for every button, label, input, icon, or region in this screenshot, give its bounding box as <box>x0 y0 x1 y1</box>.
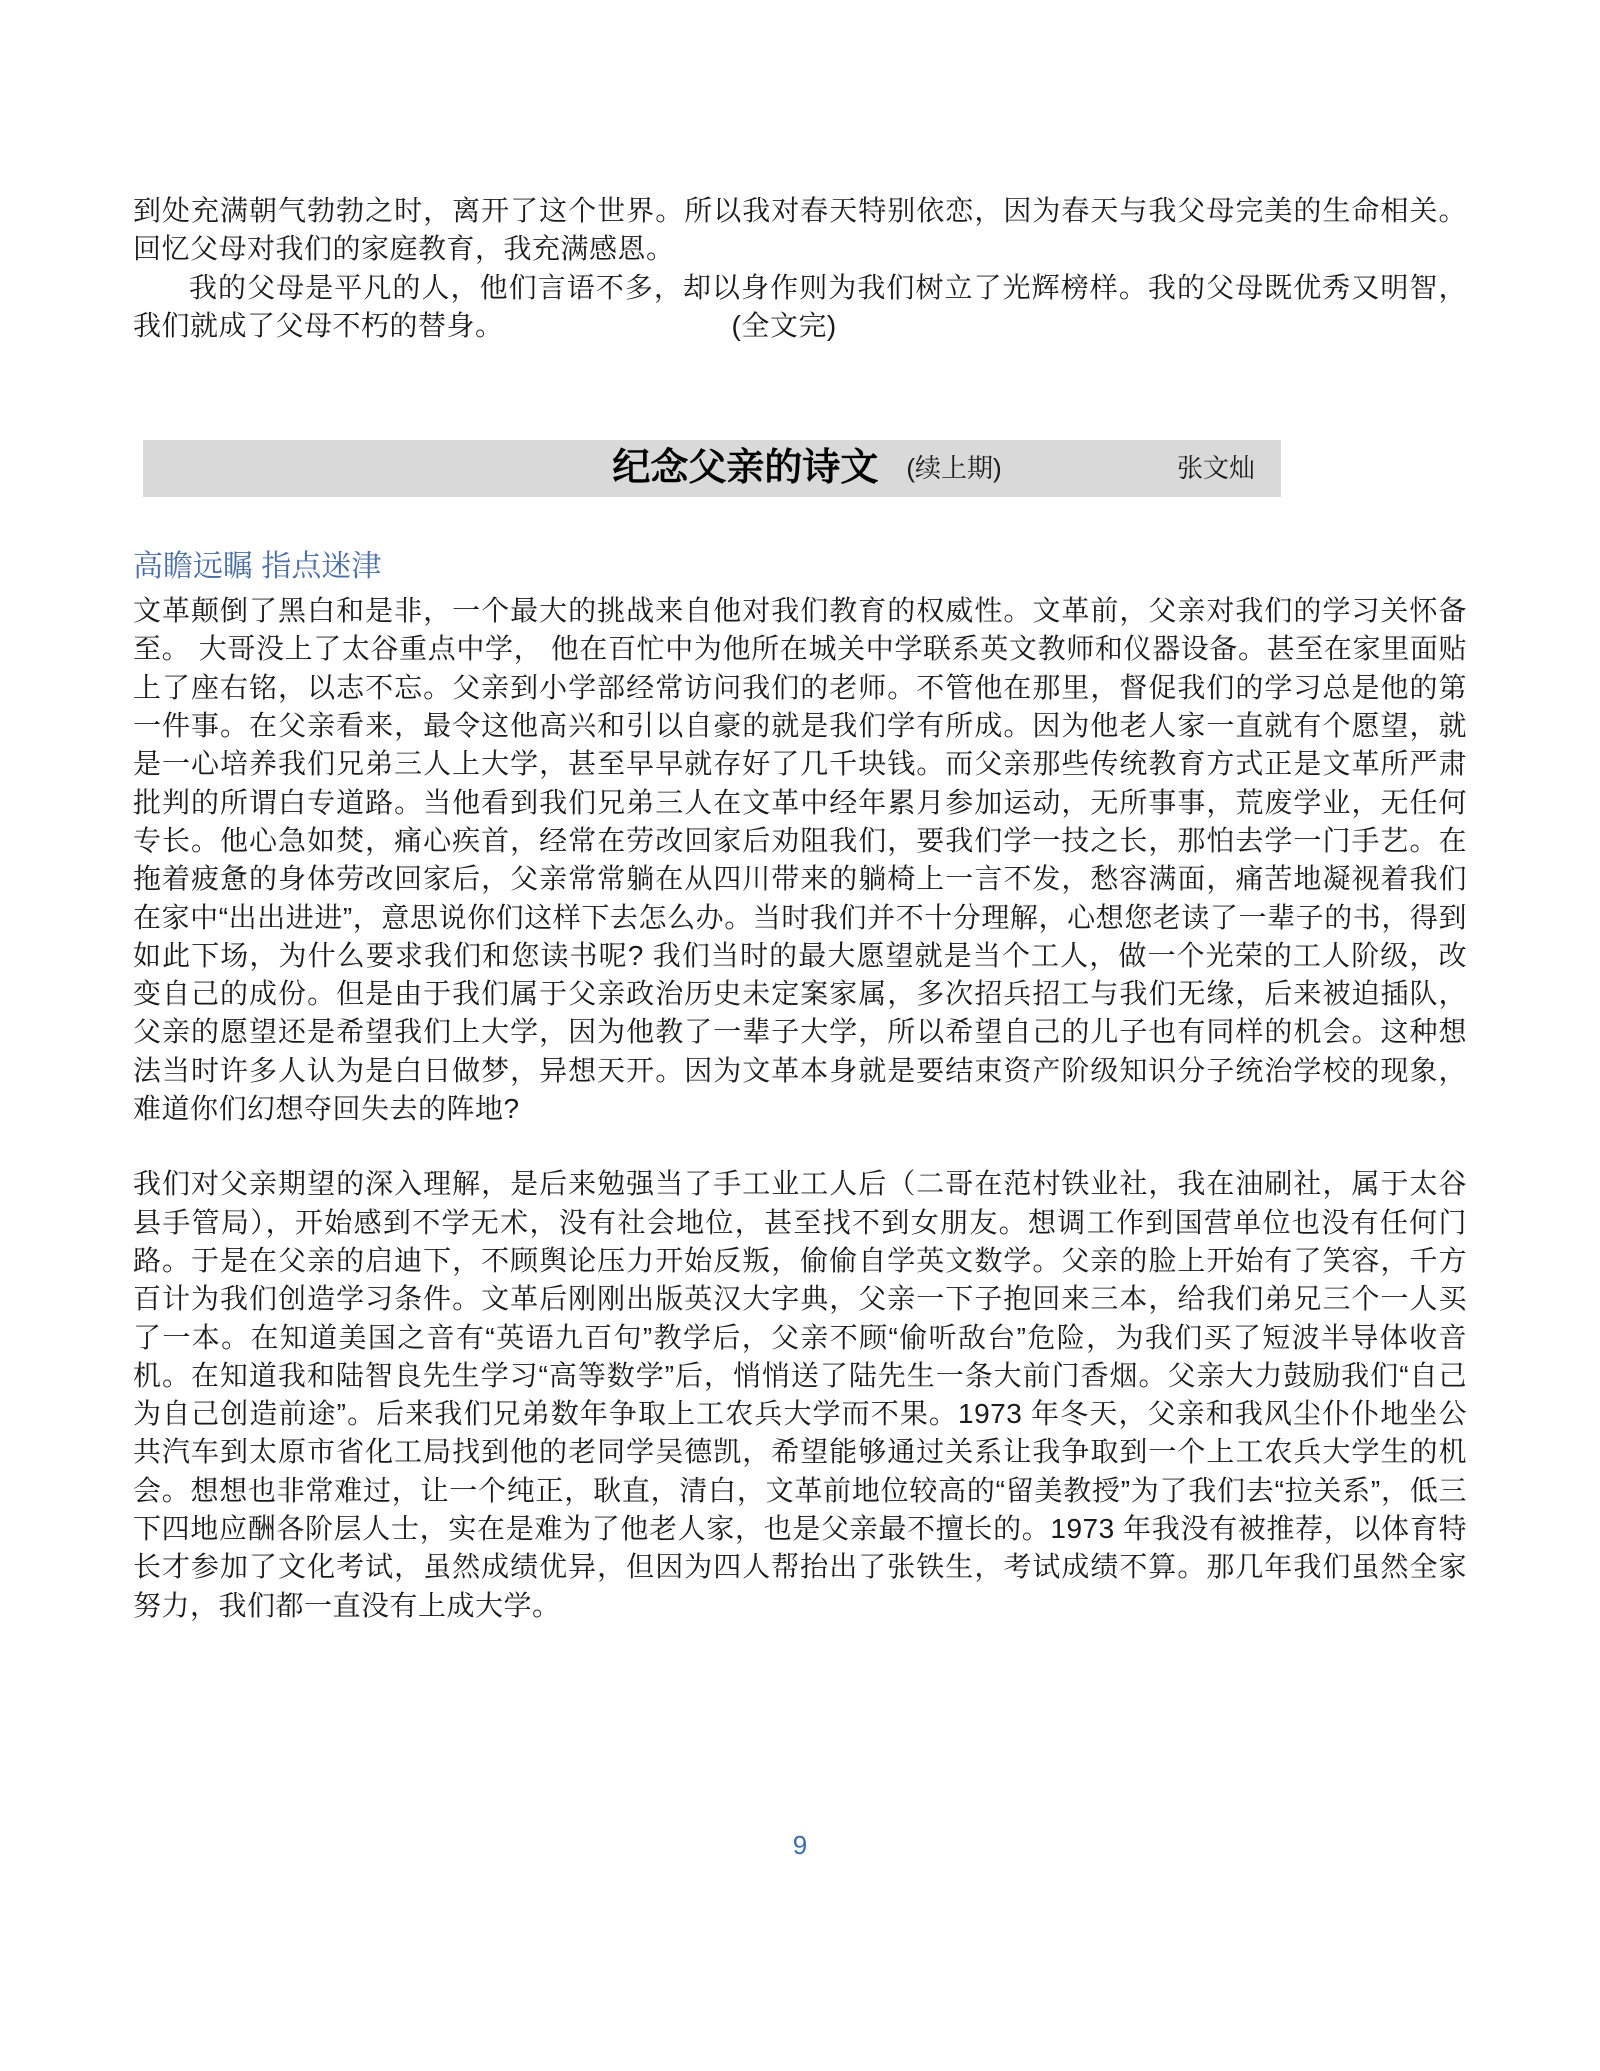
document-page: 到处充满朝气勃勃之时，离开了这个世界。所以我对春天特别依恋，因为春天与我父母完美… <box>0 0 1600 1861</box>
article-author: 张文灿 <box>1177 440 1255 497</box>
prev-article-paragraph-1: 到处充满朝气勃勃之时，离开了这个世界。所以我对春天特别依恋，因为春天与我父母完美… <box>133 192 1467 269</box>
prev-article-paragraph-2: 我的父母是平凡的人，他们言语不多，却以身作则为我们树立了光辉榜样。我的父母既优秀… <box>133 269 1467 346</box>
article-end-mark: (全文完) <box>732 307 837 345</box>
page-number: 9 <box>133 1830 1467 1861</box>
article-title-banner: 纪念父亲的诗文(续上期) 张文灿 <box>143 440 1281 497</box>
article-title: 纪念父亲的诗文 <box>612 447 878 489</box>
article-paragraph-1: 文革颠倒了黑白和是非，一个最大的挑战来自他对我们教育的权威性。文革前，父亲对我们… <box>133 592 1467 1128</box>
section-heading: 高瞻远瞩 指点迷津 <box>133 547 1467 587</box>
article-paragraph-2: 我们对父亲期望的深入理解，是后来勉强当了手工业工人后（二哥在范村铁业社，我在油刷… <box>133 1165 1467 1625</box>
article-subtitle: (续上期) <box>906 453 1001 483</box>
